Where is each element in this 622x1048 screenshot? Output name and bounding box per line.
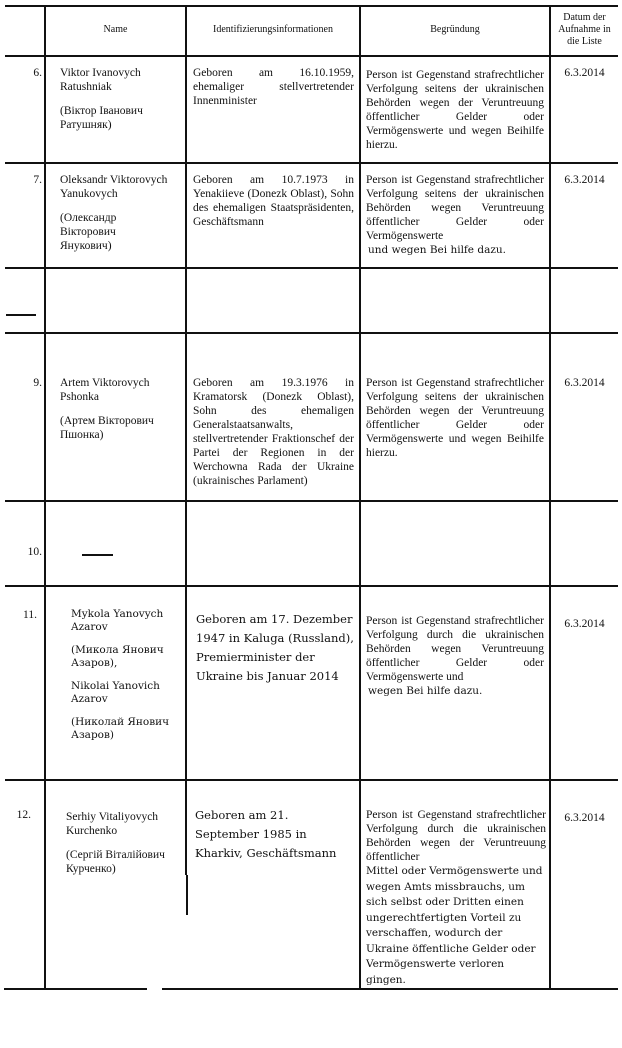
row-number: 10. xyxy=(5,545,42,559)
row-number: 9. xyxy=(5,376,42,390)
reasons: Person ist Gegenstand strafrechtlicher V… xyxy=(366,614,544,699)
row-divider xyxy=(5,500,618,502)
header-reasons: Begründung xyxy=(361,24,549,36)
reasons-text-tail: wegen Bei hilfe dazu. xyxy=(366,684,544,699)
date-listed: 6.3.2014 xyxy=(551,811,618,825)
identification: Geboren am 21. September 1985 in Kharkiv… xyxy=(195,806,340,863)
name-cyrillic: (Олександр Вікторович Янукович) xyxy=(60,211,140,253)
row-divider xyxy=(5,162,618,164)
name-cyrillic-alt: (Николай Янович Азаров) xyxy=(71,716,181,742)
reasons: Person ist Gegenstand strafrechtlicher V… xyxy=(366,808,546,988)
name-cyrillic: (Микола Янович Азаров), xyxy=(71,644,181,670)
person-name: Serhiy Vitaliyovych Kurchenko (Сергій Ві… xyxy=(66,810,180,876)
name-latin: Viktor Ivanovych Ratushniak xyxy=(60,66,175,94)
name-latin: Serhiy Vitaliyovych Kurchenko xyxy=(66,810,180,838)
reasons-text: Person ist Gegenstand strafrechtlicher V… xyxy=(366,614,544,684)
date-listed: 6.3.2014 xyxy=(551,173,618,187)
name-cyrillic: (Артем Вікторович Пшонка) xyxy=(60,414,178,442)
identification: Geboren am 16.10.1959, ehemaliger stellv… xyxy=(193,66,354,108)
date-listed: 6.3.2014 xyxy=(551,617,618,631)
reasons: Person ist Gegenstand strafrechtlicher V… xyxy=(366,68,544,152)
header-name: Name xyxy=(46,24,185,36)
name-latin-alt: Nikolai Yanovich Azarov xyxy=(71,680,181,706)
name-cyrillic: (Сергій Віталійович Курченко) xyxy=(66,848,180,876)
identification: Geboren am 10.7.1973 in Yenakiieve (Done… xyxy=(193,173,354,229)
date-listed: 6.3.2014 xyxy=(551,66,618,80)
table-top-border xyxy=(5,5,618,7)
header-bottom-border xyxy=(5,55,618,57)
reasons-text: Person ist Gegenstand strafrechtlicher V… xyxy=(366,173,544,243)
row-divider xyxy=(5,779,618,781)
person-name: Artem Viktorovych Pshonka (Артем Вікторо… xyxy=(60,376,178,442)
table-bottom-border xyxy=(4,988,147,990)
removed-entry-dash xyxy=(82,554,113,556)
column-divider xyxy=(359,5,361,990)
row-number: 11. xyxy=(5,608,37,622)
removed-entry-dash xyxy=(6,314,36,316)
row-number: 12. xyxy=(5,808,31,822)
header-date-listed: Datum der Aufnahme in die Liste xyxy=(551,12,618,48)
name-latin: Oleksandr Viktorovych Yanukovych xyxy=(60,173,182,201)
reasons-text-tail: und wegen Bei hilfe dazu. xyxy=(366,243,544,258)
name-latin: Artem Viktorovych Pshonka xyxy=(60,376,178,404)
row-number: 7. xyxy=(5,173,42,187)
column-divider xyxy=(44,5,46,990)
column-divider xyxy=(549,5,551,990)
column-divider xyxy=(186,875,188,915)
row-divider xyxy=(5,585,618,587)
reasons-text-tail: Mittel oder Vermögenswerte und wegen Amt… xyxy=(366,864,546,988)
row-number: 6. xyxy=(5,66,42,80)
person-name: Viktor Ivanovych Ratushniak (Віктор Іван… xyxy=(60,66,175,132)
name-cyrillic: (Віктор Іванович Ратушняк) xyxy=(60,104,175,132)
column-divider xyxy=(185,5,187,875)
date-listed: 6.3.2014 xyxy=(551,376,618,390)
person-name: Oleksandr Viktorovych Yanukovych (Олекса… xyxy=(60,173,182,253)
name-latin: Mykola Yanovych Azarov xyxy=(71,608,181,634)
reasons: Person ist Gegenstand strafrechtlicher V… xyxy=(366,376,544,460)
row-divider xyxy=(5,267,618,269)
reasons: Person ist Gegenstand strafrechtlicher V… xyxy=(366,173,544,258)
row-divider xyxy=(5,332,618,334)
reasons-text: Person ist Gegenstand strafrechtlicher V… xyxy=(366,808,546,864)
header-identification: Identifizierungsinformationen xyxy=(187,24,359,36)
person-name: Mykola Yanovych Azarov (Микола Янович Аз… xyxy=(71,608,181,742)
identification: Geboren am 17. Dezember 1947 in Kaluga (… xyxy=(196,610,356,686)
identification: Geboren am 19.3.1976 in Kramatorsk (Done… xyxy=(193,376,354,488)
